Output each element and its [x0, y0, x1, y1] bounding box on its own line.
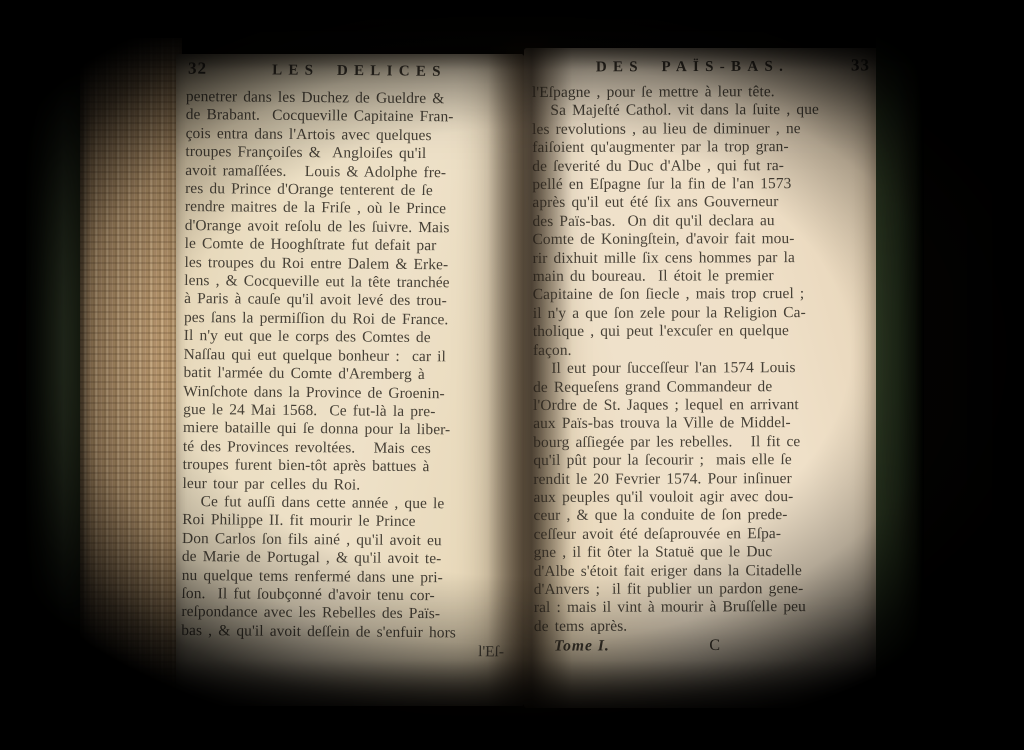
text-line: faiſoient qu'augmenter par la trop gran- — [532, 138, 878, 158]
text-line: rendit le 20 Fevrier 1574. Pour inſinuer — [533, 469, 879, 489]
book-cover-left-edge — [26, 6, 88, 722]
text-line: de tems après. — [534, 617, 880, 637]
text-line: gne , il fit ôter la Statuë que le Duc — [534, 543, 880, 563]
text-line: main du boureau. Il étoit le premier — [533, 267, 879, 287]
text-line: de Marie de Portugal , & qu'il avoit te- — [182, 548, 528, 569]
text-line: rir dixhuit mille ſix cens hommes par la — [533, 248, 879, 268]
text-line: il n'y a que ſon zele pour la Religion C… — [533, 304, 879, 324]
text-line: aux peuples qu'il vouloit agir avec dou- — [533, 488, 879, 508]
text-line: l'Eſpagne , pour ſe mettre à leur tête. — [532, 83, 878, 103]
text-line: les revolutions , au lieu de diminuer , … — [532, 120, 878, 140]
text-line: façon. — [533, 340, 879, 360]
text-line: bas , & qu'il avoit deſſein de s'enfuir … — [181, 622, 527, 643]
text-line: ral : mais il vint à mourir à Bruſſelle … — [534, 598, 880, 618]
text-line: de Requeſens grand Commandeur de — [533, 377, 879, 397]
text-line: bourg aſſiegée par les rebelles. Il fit … — [533, 433, 879, 453]
right-page-footer: Tome I. C — [532, 636, 878, 655]
text-line: l'Ordre de St. Jaques ; lequel en arriva… — [533, 396, 879, 416]
text-line: Il eut pour ſucceſſeur l'an 1574 Louis — [533, 359, 879, 379]
text-line: troupes furent bien-tôt après battues à — [183, 456, 529, 477]
text-line: des Païs-bas. On dit qu'il declara au — [532, 212, 878, 232]
left-page-text: penetrer dans les Duchez de Gueldre &de … — [181, 88, 532, 643]
text-line: après qu'il eut été ſix ans Gouverneur — [532, 193, 878, 213]
text-line: d'Anvers ; il fit publier un pardon gene… — [534, 580, 880, 600]
signature-mark: C — [709, 637, 720, 655]
left-page-number: 32 — [188, 59, 207, 79]
tome-label: Tome I. — [554, 637, 610, 655]
text-line: d'Albe s'étoit fait eriger dans la Citad… — [534, 561, 880, 581]
right-page-text: l'Eſpagne , pour ſe mettre à leur tête. … — [532, 83, 880, 636]
text-line: troupes Françoiſes & Angloiſes qu'il — [185, 143, 531, 164]
book-cover-right-edge — [876, 16, 924, 722]
text-line: aux Païs-bas trouva la Ville de Middel- — [533, 414, 879, 434]
text-line: ceſſeur avoit été deſaprouvée en Eſpa- — [534, 525, 880, 545]
text-line: tholique , qui peut l'excuſer en quelque — [533, 322, 879, 342]
right-page-number: 33 — [851, 55, 870, 75]
text-line: Capitaine de ſon ſiecle , mais trop crue… — [533, 285, 879, 305]
text-line: ceur , & que la conduite de ſon prede- — [533, 506, 879, 526]
left-page-catchword: l'Eſ- — [186, 641, 504, 662]
left-page-header: 32 LES DELICES — [188, 59, 512, 82]
page-stack-fore-edge — [80, 38, 182, 712]
text-line: Sa Majeſté Cathol. vit dans la ſuite , q… — [532, 101, 878, 121]
book-photograph: 32 LES DELICES penetrer dans les Duchez … — [0, 0, 1024, 750]
text-line: pellé en Eſpagne ſur la fin de l'an 1573 — [532, 175, 878, 195]
right-running-title: DES PAÏS-BAS. — [534, 58, 851, 76]
text-line: de ſeverité du Duc d'Albe , qui fut ra- — [532, 156, 878, 176]
text-line: Comte de Koningſtein, d'avoir fait mou- — [533, 230, 879, 250]
right-page-header: DES PAÏS-BAS. 33 — [534, 55, 870, 76]
text-line: qu'il pût pour la ſecourir ; mais elle ſ… — [533, 451, 879, 471]
text-line: batit l'armée du Comte d'Aremberg à — [183, 364, 529, 385]
left-running-title: LES DELICES — [207, 62, 512, 82]
